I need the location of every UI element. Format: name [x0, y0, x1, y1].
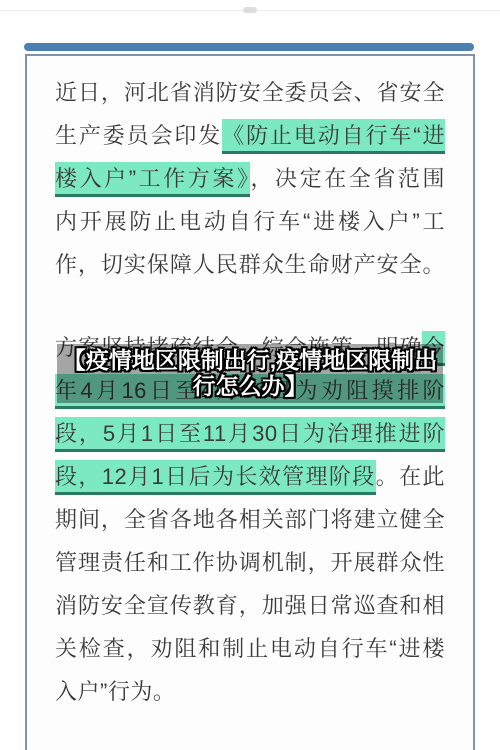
plain-text: 近日，河北省消防安全委员会、省安全: [55, 80, 445, 105]
highlighted-text: 《防止电动自行车“进: [222, 119, 445, 154]
drag-handle-pill: [243, 7, 257, 13]
text-line: 入户”行为。: [55, 670, 445, 713]
text-line: 楼入户”工作方案》，决定在全省范围: [55, 157, 445, 200]
highlighted-text: 段，5月1日至11月30日为治理推进阶: [55, 417, 445, 452]
caption-line-1: 【疫情地区限制出行,疫情地区限制出: [57, 347, 443, 373]
text-line: 作，切实保障人民群众生命财产安全。: [55, 243, 445, 286]
page-root: { "colors": { "accent": "#4c80b3", "bord…: [0, 0, 500, 750]
plain-text: ，决定在全省范围: [250, 166, 445, 191]
text-line: 期间，全省各地各相关部门将建立健全: [55, 498, 445, 541]
caption-line-2: 行怎么办】: [57, 373, 443, 399]
caption-overlay: 【疫情地区限制出行,疫情地区限制出 行怎么办】: [57, 344, 443, 403]
accent-bar: [24, 43, 474, 51]
plain-text: 。在此: [376, 464, 445, 489]
text-line: 段，12月1日后为长效管理阶段。在此: [55, 455, 445, 498]
plain-text: 管理责任和工作协调机制，开展群众性: [55, 550, 445, 575]
text-line: 近日，河北省消防安全委员会、省安全: [55, 71, 445, 114]
text-line: 消防安全宣传教育，加强日常巡查和相: [55, 584, 445, 627]
text-line: 生产委员会印发《防止电动自行车“进: [55, 114, 445, 157]
plain-text: 生产委员会印发: [55, 123, 222, 148]
text-line: 内开展防止电动自行车“进楼入户”工: [55, 200, 445, 243]
plain-text: 关检查，劝阻和制止电动自行车“进楼: [55, 636, 445, 661]
plain-text: 入户”行为。: [55, 679, 175, 704]
plain-text: 期间，全省各地各相关部门将建立健全: [55, 507, 445, 532]
highlighted-text: 楼入户”工作方案》: [55, 162, 250, 197]
highlighted-text: 段，12月1日后为长效管理阶段: [55, 460, 376, 495]
plain-text: 消防安全宣传教育，加强日常巡查和相: [55, 593, 445, 618]
text-line: 管理责任和工作协调机制，开展群众性: [55, 541, 445, 584]
paragraph: 近日，河北省消防安全委员会、省安全生产委员会印发《防止电动自行车“进楼入户”工作…: [55, 71, 445, 286]
text-line: 段，5月1日至11月30日为治理推进阶: [55, 412, 445, 455]
plain-text: 作，切实保障人民群众生命财产安全。: [55, 252, 445, 277]
text-line: 关检查，劝阻和制止电动自行车“进楼: [55, 627, 445, 670]
plain-text: 内开展防止电动自行车“进楼入户”工: [55, 209, 445, 234]
